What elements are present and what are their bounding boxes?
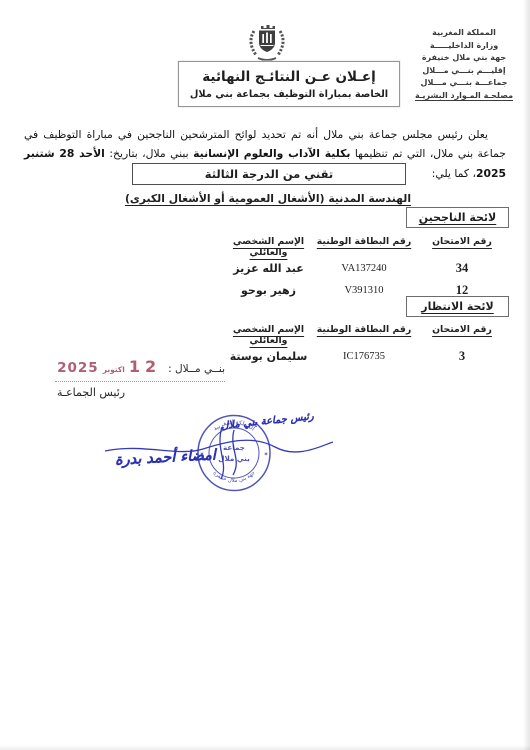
announcement-title: إعـلان عـن النتائـج النهائية xyxy=(183,69,395,85)
letterhead-line-hr-department: مصلحـة المـوارد البشريـة xyxy=(408,90,520,103)
document-page: المملكة المغربية وزارة الداخليـــــة جهة… xyxy=(0,0,530,750)
waiting-list-table: رقم الامتحان رقم البطاقة الوطنية الإسم ا… xyxy=(223,324,510,367)
date-stamp-year: 2025 xyxy=(57,360,99,376)
svg-text:✶: ✶ xyxy=(263,451,268,458)
signatory-title: رئيس الجماعـة xyxy=(57,386,125,399)
col-header-national-id: رقم البطاقة الوطنية xyxy=(314,324,414,345)
letterhead-line-ministry: وزارة الداخليـــــة xyxy=(408,40,520,53)
col-header-national-id: رقم البطاقة الوطنية xyxy=(314,236,414,257)
rubber-date-stamp: 12 اكتوبر 2025 xyxy=(57,357,161,376)
municipal-crest-icon xyxy=(240,22,294,64)
date-stamp-day: 12 xyxy=(129,357,161,376)
waiting-list-label: لائحة الانتظار xyxy=(421,300,494,313)
announcement-subtitle: الخاصة بمباراة التوظيف بجماعة بني ملال xyxy=(183,89,395,100)
table-cell-exam-number: 34 xyxy=(414,257,510,279)
scan-bottom-shading xyxy=(0,745,530,750)
intro-text-2: ببني ملال، بتاريخ: xyxy=(105,147,193,160)
table-cell-exam-number: 3 xyxy=(414,345,510,367)
stamp-and-signature-area: المملكة المغربية جهة بني ملال خنيفرة جما… xyxy=(103,405,335,500)
date-stamp-month: اكتوبر xyxy=(103,365,125,374)
table-cell-full-name: سليمان بوستة xyxy=(223,345,314,367)
table-cell-full-name: زهير بوحو xyxy=(223,279,314,301)
col-header-exam-number: رقم الامتحان xyxy=(414,236,510,257)
table-cell-national-id: VA137240 xyxy=(314,257,414,279)
successful-candidates-table: رقم الامتحان رقم البطاقة الوطنية الإسم ا… xyxy=(223,236,510,301)
successful-list-label-box: لائحة الناجحين xyxy=(406,207,509,228)
intro-venue-bold: بكلية الآداب والعلوم الإنسانية xyxy=(193,147,350,160)
successful-list-label: لائحة الناجحين xyxy=(419,211,497,224)
letterhead-line-province: إقليـــم بنـــي مـــلال xyxy=(408,65,520,78)
col-header-full-name: الإسم الشخصي والعائلي xyxy=(223,324,314,345)
col-header-exam-number: رقم الامتحان xyxy=(414,324,510,345)
scan-edge-shading xyxy=(523,0,530,750)
waiting-list-label-box: لائحة الانتظار xyxy=(406,296,509,317)
letterhead-line-commune: جماعـــة بنـــي مـــلال xyxy=(408,77,520,90)
announcement-title-box: إعـلان عـن النتائـج النهائية الخاصة بمبا… xyxy=(178,61,400,107)
grade-title-box: تقني من الدرجة الثالثة xyxy=(132,163,406,185)
letterhead-line-region: جهة بني ملال خنيفرة xyxy=(408,52,520,65)
col-header-full-name: الإسم الشخصي والعائلي xyxy=(223,236,314,257)
table-cell-national-id: V391310 xyxy=(314,279,414,301)
place-and-date-line: بنــي مــلال : 12 اكتوبر 2025 xyxy=(55,357,225,382)
letterhead-line-kingdom: المملكة المغربية xyxy=(408,27,520,40)
place-label: بنــي مــلال : xyxy=(168,363,225,375)
intro-text-3: ، كما يلي: xyxy=(432,167,476,180)
table-cell-full-name: عبد الله عزيز xyxy=(223,257,314,279)
letterhead-block: المملكة المغربية وزارة الداخليـــــة جهة… xyxy=(408,27,520,103)
table-cell-national-id: IC176735 xyxy=(314,345,414,367)
specialty-title: الهندسة المدنية (الأشغال العمومية أو الأ… xyxy=(90,192,446,205)
